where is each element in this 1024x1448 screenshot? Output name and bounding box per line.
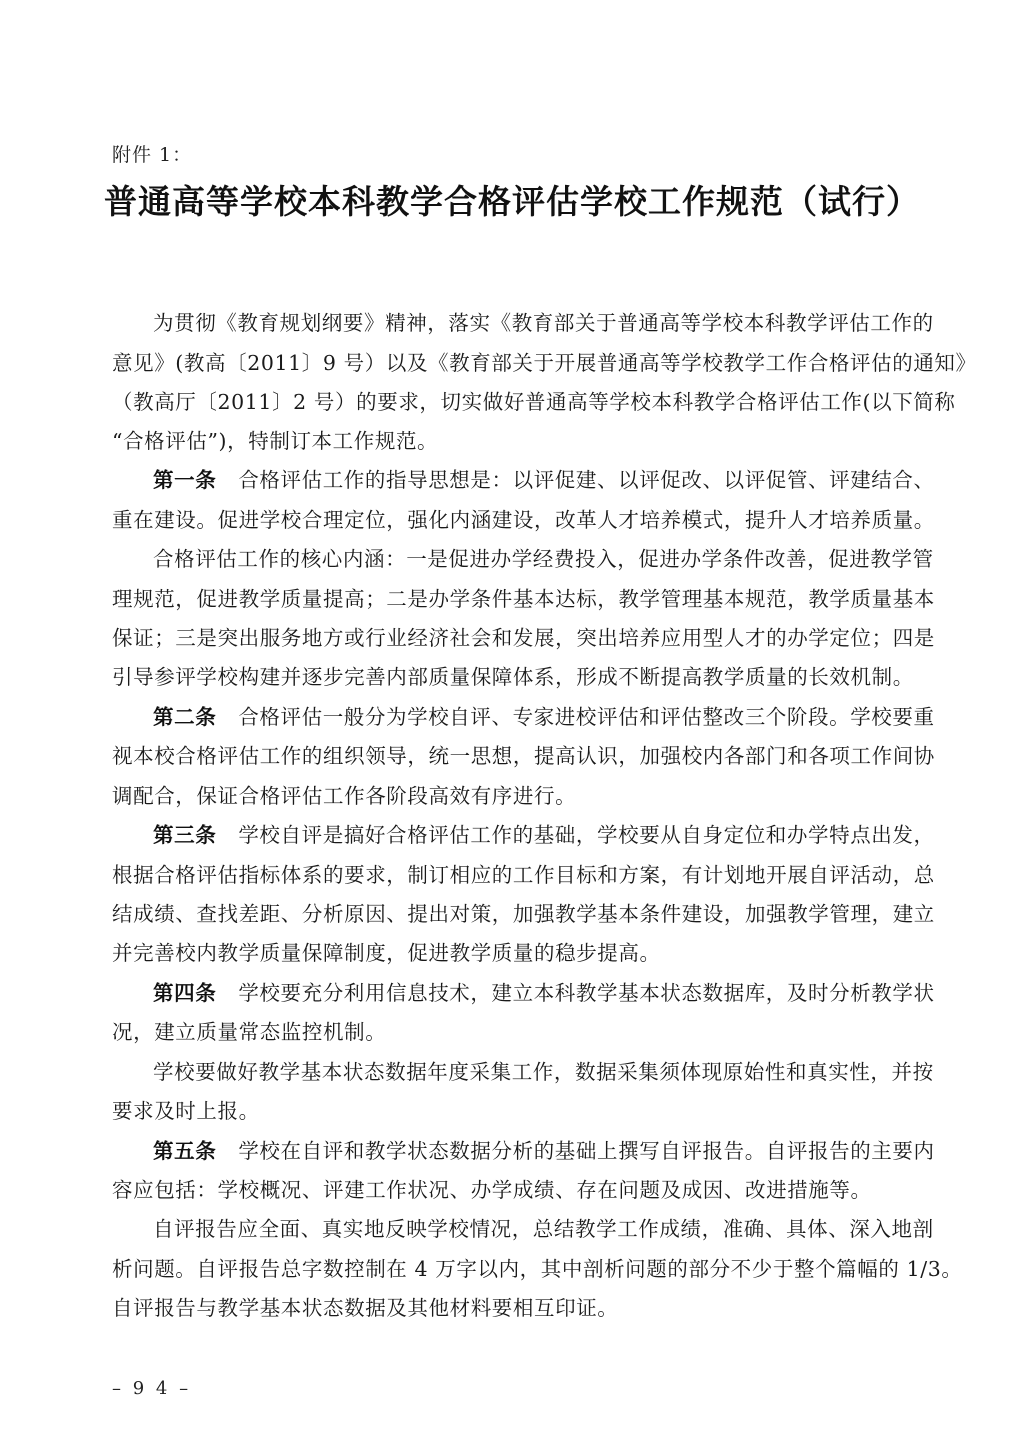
text-line: 况，建立质量常态监控机制。 bbox=[112, 1019, 912, 1045]
article-label: 第五条 bbox=[153, 1139, 216, 1163]
text-line: 析问题。自评报告总字数控制在 4 万字以内，其中剖析问题的部分不少于整个篇幅的 … bbox=[112, 1256, 912, 1282]
text-line: （教高厅〔2011〕2 号）的要求，切实做好普通高等学校本科教学合格评估工作(以… bbox=[112, 389, 912, 415]
text-line: 容应包括：学校概况、评建工作状况、办学成绩、存在问题及成因、改进措施等。 bbox=[112, 1177, 912, 1203]
text-line: 保证；三是突出服务地方或行业经济社会和发展，突出培养应用型人才的办学定位；四是 bbox=[112, 625, 912, 651]
document-page: 附件 1： 普通高等学校本科教学合格评估学校工作规范（试行） 为贯彻《教育规划纲… bbox=[0, 0, 1024, 1448]
article-label: 第四条 bbox=[153, 981, 216, 1005]
text-line: 理规范，促进教学质量提高；二是办学条件基本达标，教学管理基本规范，教学质量基本 bbox=[112, 586, 912, 612]
text-line: 第四条学校要充分利用信息技术，建立本科教学基本状态数据库，及时分析教学状 bbox=[153, 980, 913, 1006]
text-line: 调配合，保证合格评估工作各阶段高效有序进行。 bbox=[112, 783, 912, 809]
article-text: 学校在自评和教学状态数据分析的基础上撰写自评报告。自评报告的主要内 bbox=[238, 1139, 934, 1163]
text-line: 第二条合格评估一般分为学校自评、专家进校评估和评估整改三个阶段。学校要重 bbox=[153, 704, 913, 730]
text-line: 意见》(教高〔2011〕9 号）以及《教育部关于开展普通高等学校教学工作合格评估… bbox=[112, 350, 912, 376]
article-label: 第三条 bbox=[153, 823, 216, 847]
article-text: 学校自评是搞好合格评估工作的基础，学校要从自身定位和办学特点出发， bbox=[238, 823, 934, 847]
text-line: 要求及时上报。 bbox=[112, 1098, 912, 1124]
text-line: 并完善校内教学质量保障制度，促进教学质量的稳步提高。 bbox=[112, 940, 912, 966]
text-line: 结成绩、查找差距、分析原因、提出对策，加强教学基本条件建设，加强教学管理，建立 bbox=[112, 901, 912, 927]
article-label: 第二条 bbox=[153, 705, 216, 729]
text-line: 第三条学校自评是搞好合格评估工作的基础，学校要从自身定位和办学特点出发， bbox=[153, 822, 913, 848]
article-text: 合格评估工作的指导思想是：以评促建、以评促改、以评促管、评建结合、 bbox=[238, 468, 934, 492]
text-line: 引导参评学校构建并逐步完善内部质量保障体系，形成不断提高教学质量的长效机制。 bbox=[112, 664, 912, 690]
article-text: 学校要充分利用信息技术，建立本科教学基本状态数据库，及时分析教学状 bbox=[238, 981, 934, 1005]
attachment-label: 附件 1： bbox=[112, 140, 192, 167]
text-line: 视本校合格评估工作的组织领导，统一思想，提高认识，加强校内各部门和各项工作间协 bbox=[112, 743, 912, 769]
text-line: 学校要做好教学基本状态数据年度采集工作，数据采集须体现原始性和真实性，并按 bbox=[153, 1059, 913, 1085]
text-line: 自评报告应全面、真实地反映学校情况，总结教学工作成绩，准确、具体、深入地剖 bbox=[153, 1216, 913, 1242]
article-text: 合格评估一般分为学校自评、专家进校评估和评估整改三个阶段。学校要重 bbox=[238, 705, 934, 729]
page-number: – 9 4 – bbox=[112, 1378, 191, 1399]
text-line: 重在建设。促进学校合理定位，强化内涵建设，改革人才培养模式，提升人才培养质量。 bbox=[112, 507, 912, 533]
text-line: 第一条合格评估工作的指导思想是：以评促建、以评促改、以评促管、评建结合、 bbox=[153, 467, 913, 493]
text-line: 自评报告与教学基本状态数据及其他材料要相互印证。 bbox=[112, 1295, 912, 1321]
text-line: 根据合格评估指标体系的要求，制订相应的工作目标和方案，有计划地开展自评活动，总 bbox=[112, 862, 912, 888]
text-line: 第五条学校在自评和教学状态数据分析的基础上撰写自评报告。自评报告的主要内 bbox=[153, 1138, 913, 1164]
article-label: 第一条 bbox=[153, 468, 216, 492]
text-line: 为贯彻《教育规划纲要》精神，落实《教育部关于普通高等学校本科教学评估工作的 bbox=[153, 310, 913, 336]
text-line: 合格评估工作的核心内涵：一是促进办学经费投入，促进办学条件改善，促进教学管 bbox=[153, 546, 913, 572]
document-title: 普通高等学校本科教学合格评估学校工作规范（试行） bbox=[0, 176, 1024, 223]
text-line: “合格评估”)，特制订本工作规范。 bbox=[112, 428, 912, 454]
